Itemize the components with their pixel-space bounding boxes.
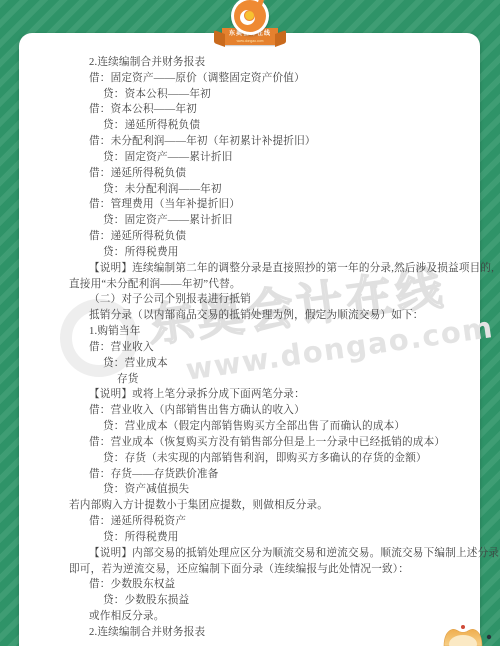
red-dot-icon bbox=[461, 625, 465, 629]
text-line: （二）对子公司个别报表进行抵销 bbox=[69, 292, 499, 308]
text-line: 贷：营业成本 bbox=[69, 356, 499, 372]
mascot-side-dot bbox=[487, 635, 491, 639]
page-background: 东奥会计在线 www.dongao.com 2.连续编制合并财务报表借：固定资产… bbox=[0, 0, 500, 646]
text-line: 2.连续编制合并财务报表 bbox=[69, 55, 499, 71]
text-line: 贷：所得税费用 bbox=[69, 530, 499, 546]
text-line: 即可，若为逆流交易，还应编制下面分录（连续编报与此处情况一致）： bbox=[69, 562, 499, 578]
text-line: 借：少数股东权益 bbox=[69, 577, 499, 593]
dongao-logo-core bbox=[244, 10, 255, 21]
document-body: 2.连续编制合并财务报表借：固定资产——原价（调整固定资产价值）贷：资本公积——… bbox=[69, 55, 499, 641]
text-line: 2.连续编制合并财务报表 bbox=[69, 625, 499, 641]
text-line: 抵销分录（以内部商品交易的抵销处理为例，假定为顺流交易）如下： bbox=[69, 308, 499, 324]
text-line: 贷：营业成本（假定内部销售购买方全部出售了而确认的成本） bbox=[69, 419, 499, 435]
text-line: 存货 bbox=[69, 372, 499, 388]
text-line: 贷：未分配利润——年初 bbox=[69, 182, 499, 198]
text-line: 贷：资产减值损失 bbox=[69, 482, 499, 498]
text-line: 贷：固定资产——累计折旧 bbox=[69, 213, 499, 229]
text-line: 贷：固定资产——累计折旧 bbox=[69, 150, 499, 166]
text-line: 【说明】连续编制第二年的调整分录是直接照抄的第一年的分录,然后涉及损益项目的, bbox=[69, 261, 499, 277]
text-line: 借：资本公积——年初 bbox=[69, 102, 499, 118]
text-line: 借：营业收入 bbox=[69, 340, 499, 356]
text-line: 直接用“未分配利润——年初”代替。 bbox=[69, 277, 499, 293]
text-line: 借：管理费用（当年补提折旧） bbox=[69, 197, 499, 213]
text-line: 借：递延所得税负债 bbox=[69, 166, 499, 182]
text-line: 借：递延所得税资产 bbox=[69, 514, 499, 530]
text-line: 借：固定资产——原价（调整固定资产价值） bbox=[69, 71, 499, 87]
text-line: 【说明】或将上笔分录拆分成下面两笔分录： bbox=[69, 387, 499, 403]
text-line: 贷：所得税费用 bbox=[69, 245, 499, 261]
text-line: 贷：递延所得税负债 bbox=[69, 118, 499, 134]
mascot-icon bbox=[438, 620, 498, 646]
text-line: 借：递延所得税负债 bbox=[69, 229, 499, 245]
text-line: 贷：少数股东损益 bbox=[69, 593, 499, 609]
text-line: 借：营业收入（内部销售出售方确认的收入） bbox=[69, 403, 499, 419]
ribbon-url: www.dongao.com bbox=[226, 38, 274, 42]
text-line: 1.购销当年 bbox=[69, 324, 499, 340]
text-line: 借：存货——存货跌价准备 bbox=[69, 467, 499, 483]
text-line: 若内部购入方计提数小于集团应提数，则做相反分录。 bbox=[69, 498, 499, 514]
text-line: 或作相反分录。 bbox=[69, 609, 499, 625]
text-line: 借：营业成本（恢复购买方没有销售部分但是上一分录中已经抵销的成本） bbox=[69, 435, 499, 451]
text-line: 借：未分配利润——年初（年初累计补提折旧） bbox=[69, 134, 499, 150]
text-line: 贷：资本公积——年初 bbox=[69, 87, 499, 103]
text-line: 【说明】内部交易的抵销处理应区分为顺流交易和逆流交易。顺流交易下编制上述分录 bbox=[69, 546, 499, 562]
text-line: 贷：存货（未实现的内部销售利润，即购买方多确认的存货的金额） bbox=[69, 451, 499, 467]
